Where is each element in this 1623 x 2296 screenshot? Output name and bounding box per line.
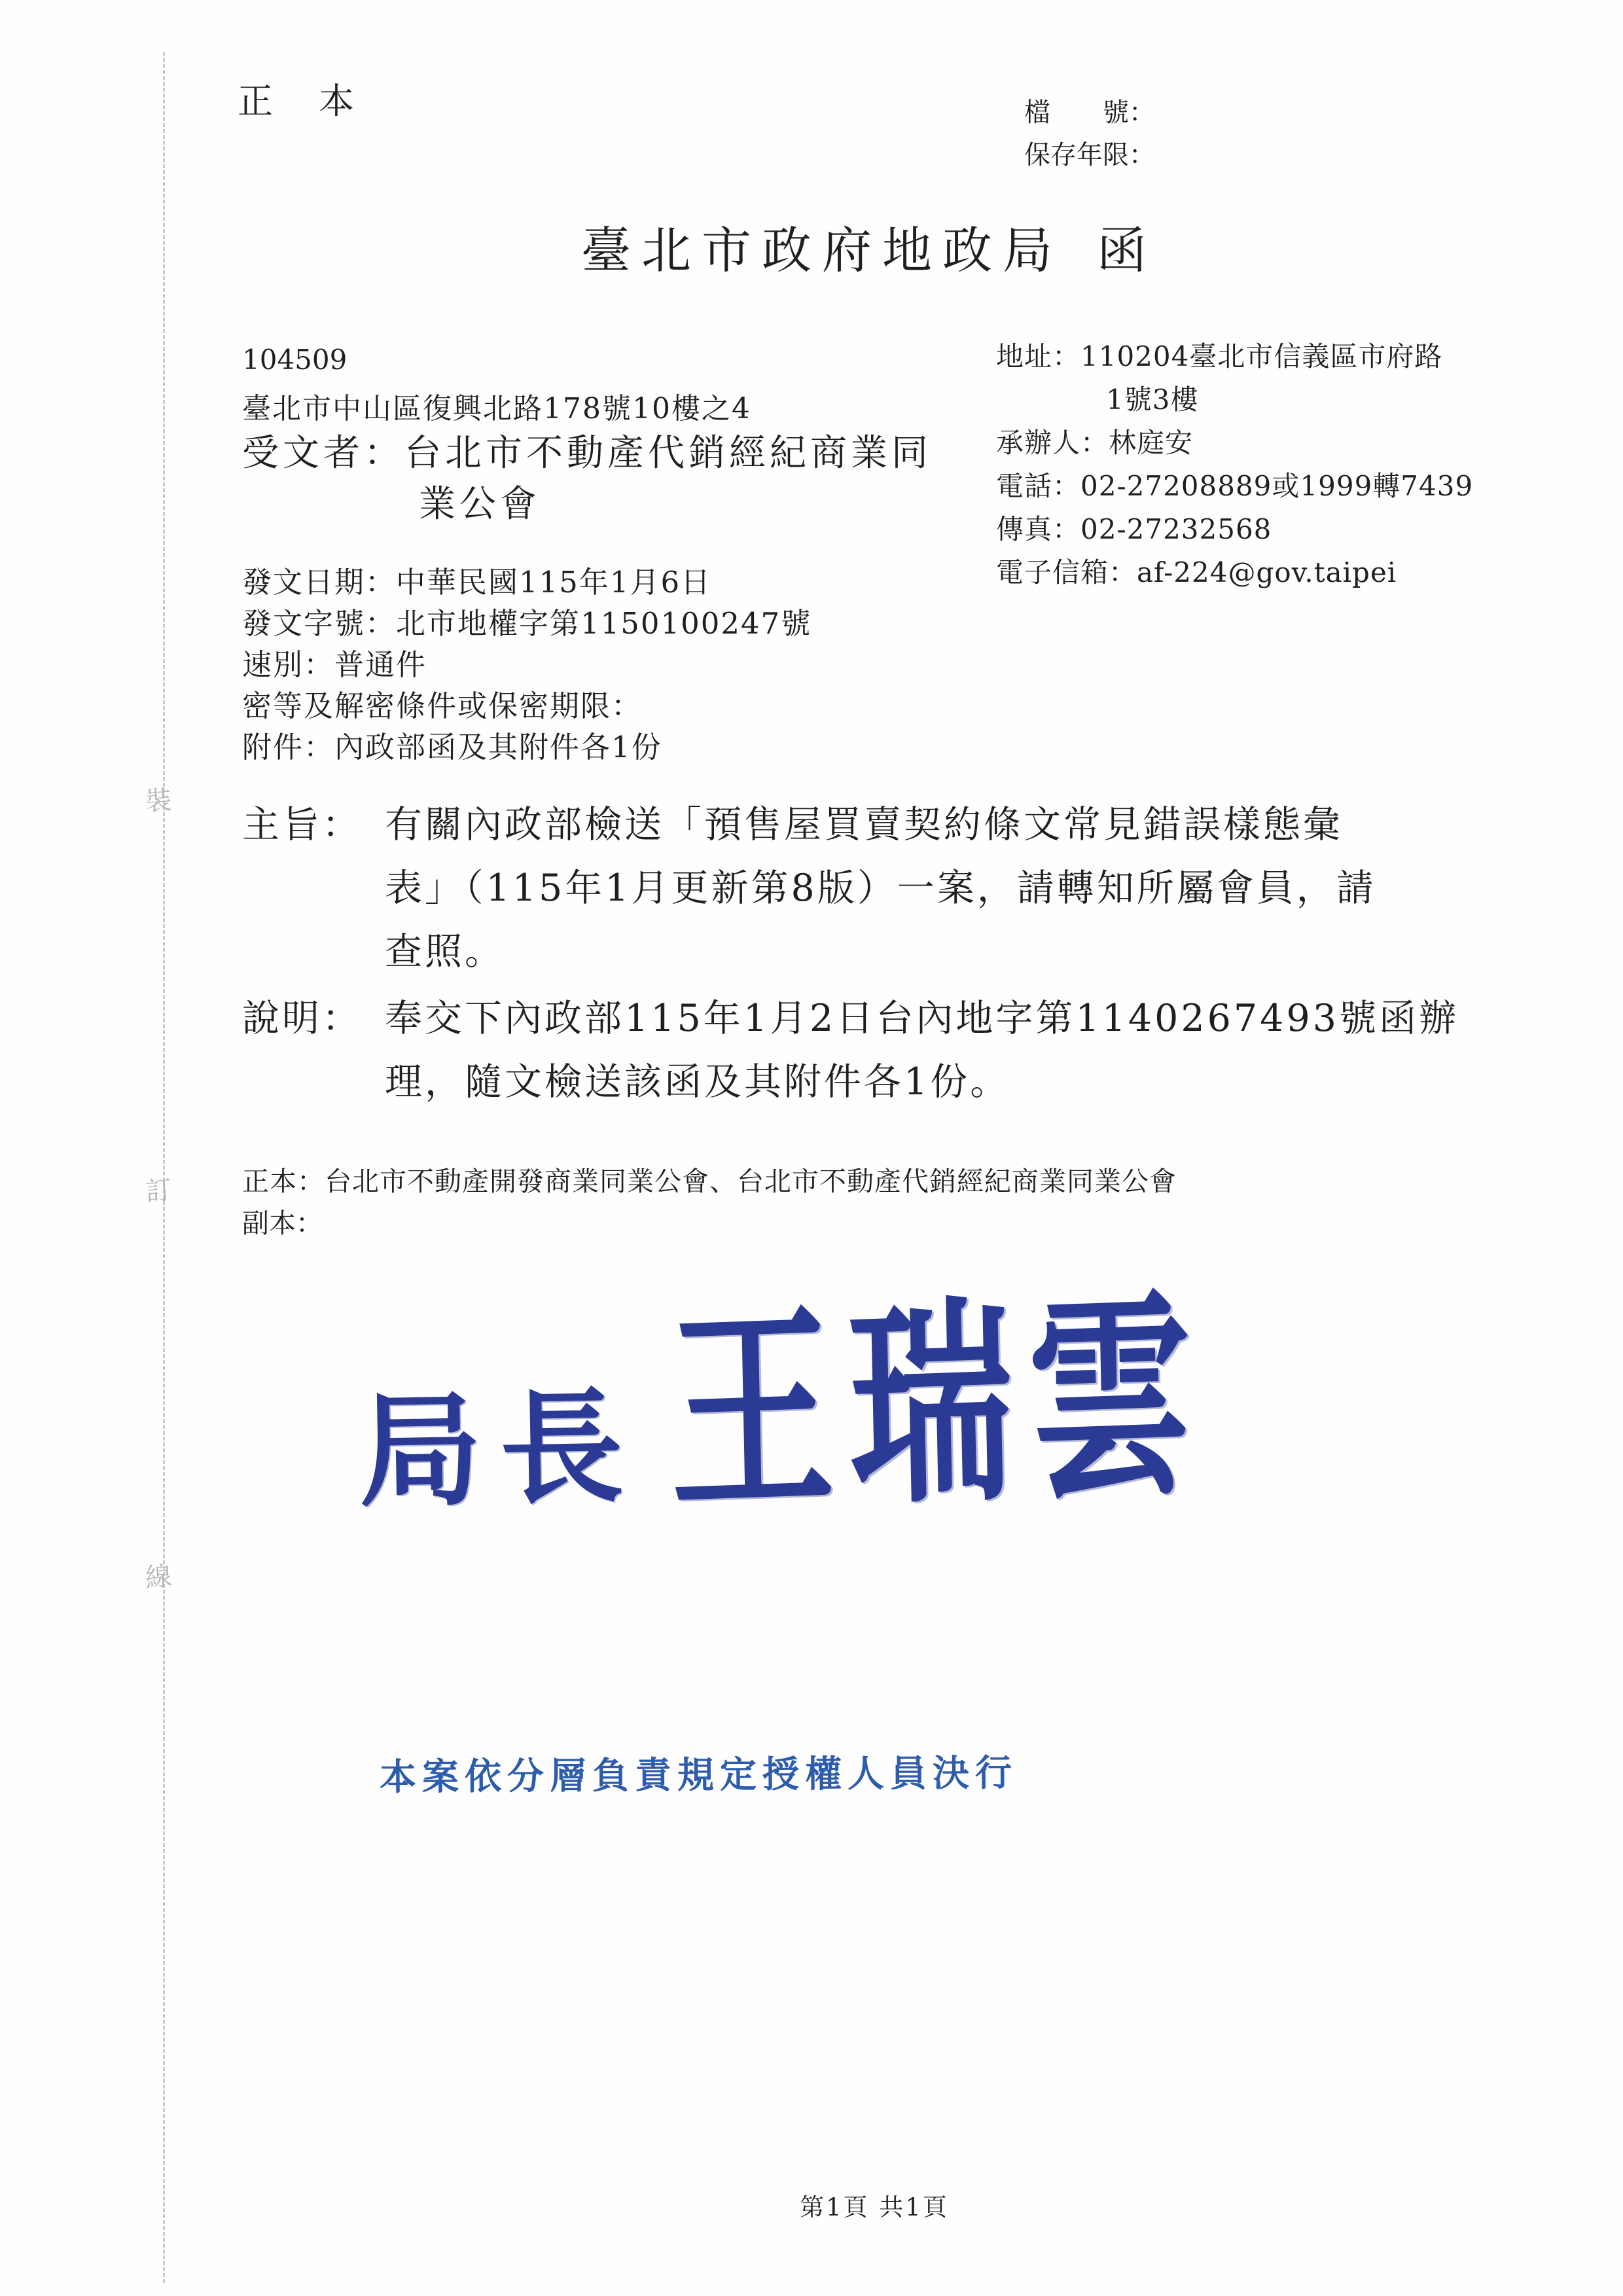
issuance-meta-block: 發文日期：中華民國115年1月6日 發文字號：北市地權字第1150100247號…	[242, 562, 811, 768]
agency-email: 電子信箱：af-224@gov.taipei	[996, 551, 1473, 594]
authorization-stamp-text: 本案依分層負責規定授權人員決行	[380, 1744, 1018, 1801]
subject-content: 有關內政部檢送「預售屋買賣契約條文常見錯誤樣態彙 表」（115年1月更新第8版）…	[385, 793, 1376, 984]
recipient-address: 臺北市中山區復興北路178號10樓之4	[242, 385, 751, 427]
doc-number: 發文字號：北市地權字第1150100247號	[242, 603, 811, 644]
agency-contact-person: 承辦人：林庭安	[996, 422, 1473, 465]
retention-period-label: 保存年限：	[1024, 134, 1155, 171]
agency-contact-block: 地址：110204臺北市信義區市府路 1號3樓 承辦人：林庭安 電話：02-27…	[996, 335, 1473, 594]
copy-type-label: 正 本	[238, 73, 359, 124]
binding-mark-ding: 訂	[144, 1170, 173, 1209]
security-class: 密等及解密條件或保密期限：	[242, 685, 811, 726]
subject-line3: 查照。	[385, 920, 1376, 984]
attachment-note: 附件：內政部函及其附件各1份	[242, 726, 811, 768]
agency-fax: 傳真：02-27232568	[996, 508, 1473, 551]
director-name: 王瑞雲	[667, 1287, 1209, 1523]
agency-address-line1: 地址：110204臺北市信義區市府路	[996, 335, 1473, 378]
file-number-label: 檔 號：	[1024, 92, 1155, 129]
title-doc-type: 函	[1097, 221, 1157, 279]
description-content: 奉交下內政部115年1月2日台內地字第1140267493號函辦 理，隨文檢送該…	[385, 987, 1459, 1114]
description-line1: 奉交下內政部115年1月2日台內地字第1140267493號函辦	[385, 987, 1459, 1050]
agency-address-line2: 1號3樓	[996, 378, 1473, 422]
recipient-postal-code: 104509	[242, 344, 347, 376]
issue-date: 發文日期：中華民國115年1月6日	[242, 562, 811, 603]
speed-class: 速別：普通件	[242, 644, 811, 685]
binding-mark-zhuang: 裝	[144, 780, 173, 819]
title-agency: 臺北市政府地政局	[581, 221, 1063, 279]
distribution-original: 正本：台北市不動產開發商業同業公會、台北市不動產代銷經紀商業同業公會	[242, 1160, 1177, 1198]
agency-phone: 電話：02-27208889或1999轉7439	[996, 465, 1473, 508]
director-title: 局長	[357, 1386, 642, 1514]
description-section: 說明： 奉交下內政部115年1月2日台內地字第1140267493號函辦 理，隨…	[242, 987, 1459, 1114]
document-title: 臺北市政府地政局函	[581, 211, 1157, 282]
subject-line2: 表」（115年1月更新第8版）一案，請轉知所屬會員，請	[385, 857, 1376, 920]
description-line2: 理，隨文檢送該函及其附件各1份。	[385, 1050, 1459, 1114]
description-label: 說明：	[242, 987, 385, 1050]
director-signature-stamp: 局長 王瑞雲	[359, 1358, 1209, 1523]
recipient-line2: 業公會	[419, 475, 541, 528]
recipient-line1: 受文者：台北市不動產代銷經紀商業同	[242, 424, 932, 476]
distribution-copy: 副本：	[242, 1202, 323, 1240]
binding-mark-xian: 線	[144, 1556, 173, 1595]
subject-line1: 有關內政部檢送「預售屋買賣契約條文常見錯誤樣態彙	[385, 793, 1376, 857]
subject-label: 主旨：	[242, 793, 385, 857]
binding-dashed-line	[163, 52, 165, 2283]
page-number: 第1頁 共1頁	[800, 2187, 949, 2223]
subject-section: 主旨： 有關內政部檢送「預售屋買賣契約條文常見錯誤樣態彙 表」（115年1月更新…	[242, 793, 1376, 984]
